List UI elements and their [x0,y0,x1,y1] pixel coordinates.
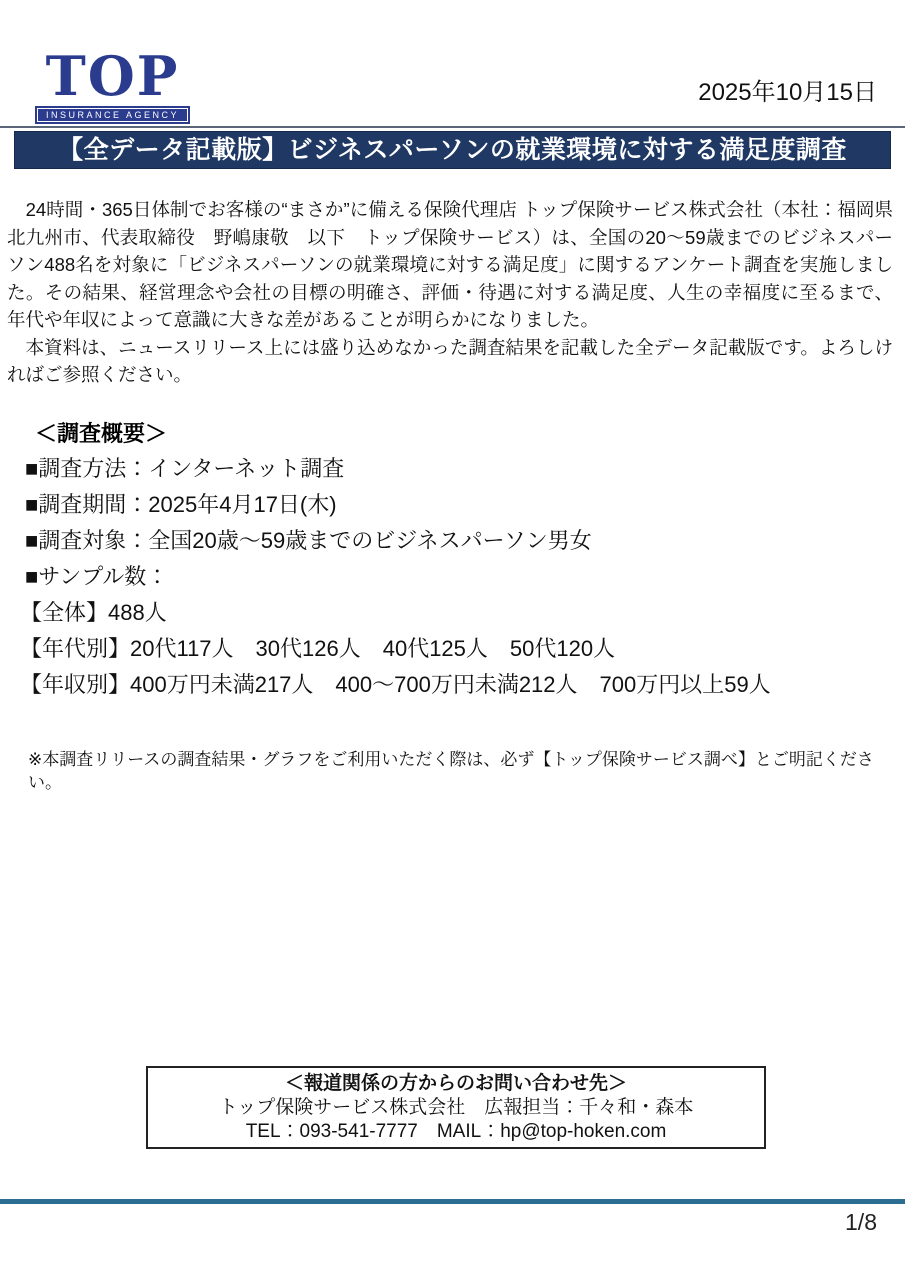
intro-paragraph-2: 本資料は、ニュースリリース上には盛り込めなかった調査結果を記載した全データ記載版… [7,334,893,389]
footer-divider [0,1199,905,1204]
logo-subtitle: INSURANCE AGENCY [46,110,179,120]
survey-target-line: ■調査対象：全国20歳～59歳までのビジネスパーソン男女 [25,529,880,552]
press-release-page: TOP INSURANCE AGENCY 2025年10月15日 【全データ記載… [0,0,905,1280]
logo-subtitle-bar: INSURANCE AGENCY [35,106,190,124]
document-date: 2025年10月15日 [698,78,877,108]
contact-box-title: ＜報道関係の方からのお問い合わせ先＞ [148,1072,764,1096]
citation-note: ※本調査リリースの調査結果・グラフをご利用いただく際は、必ず【トップ保険サービス… [28,748,892,794]
survey-sample-label-line: ■サンプル数： [25,565,880,588]
survey-period-line: ■調査期間：2025年4月17日(木) [25,493,880,516]
sample-total-line: 【全体】488人 [20,601,880,624]
contact-company-line: トップ保険サービス株式会社 広報担当：千々和・森本 [148,1096,764,1120]
logo-text: TOP [35,46,190,106]
sample-income-line: 【年収別】400万円未満217人 400～700万円未満212人 700万円以上… [20,673,880,696]
title-banner: 【全データ記載版】ビジネスパーソンの就業環境に対する満足度調査 [14,131,891,169]
survey-overview-heading: ＜調査概要＞ [35,422,880,446]
sample-age-line: 【年代別】20代117人 30代126人 40代125人 50代120人 [20,637,880,660]
intro-section: 24時間・365日体制でお客様の“まさか”に備える保険代理店 トップ保険サービス… [7,196,893,389]
contact-tel-mail-line: TEL：093-541-7777 MAIL：hp@top-hoken.com [148,1120,764,1144]
page-number: 1/8 [845,1209,877,1236]
top-insurance-logo: TOP INSURANCE AGENCY [35,46,190,124]
intro-paragraph-1: 24時間・365日体制でお客様の“まさか”に備える保険代理店 トップ保険サービス… [7,196,893,334]
survey-method-line: ■調査方法：インターネット調査 [25,457,880,480]
survey-overview-section: ＜調査概要＞ ■調査方法：インターネット調査 ■調査期間：2025年4月17日(… [20,422,880,709]
press-contact-box: ＜報道関係の方からのお問い合わせ先＞ トップ保険サービス株式会社 広報担当：千々… [146,1066,766,1149]
header-divider [0,126,905,128]
